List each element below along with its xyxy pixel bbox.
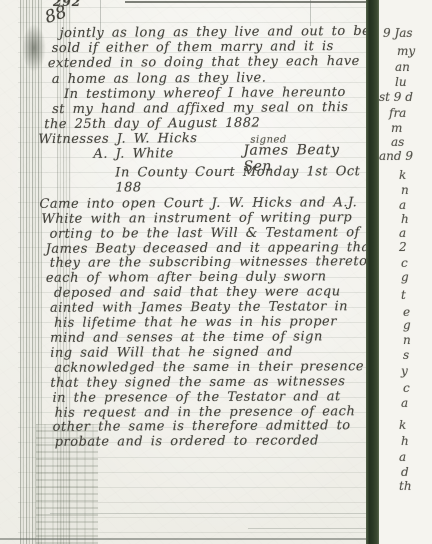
text-fragment: and 9 [379, 149, 413, 163]
witness-row-2: A. J. White James Beaty Sen [38, 145, 368, 162]
margin-rule [310, 0, 311, 26]
book-binding-bar [366, 0, 379, 544]
text-fragment: n [403, 333, 411, 347]
text-fragment: t [401, 288, 406, 302]
text-fragment: d [401, 465, 409, 479]
court-heading: In County Court Monday 1st Oct 188 [115, 165, 367, 196]
page-top-rule [125, 1, 369, 3]
text-fragment: my [397, 44, 415, 58]
text-fragment: 2 [399, 240, 407, 254]
manuscript-line: probate and is ordered to recorded [55, 434, 369, 451]
will-lines: jointly as long as they live and out to … [38, 24, 369, 133]
manuscript-line: st my hand and affixed my seal on this [52, 100, 368, 117]
text-fragment: lu [395, 75, 407, 89]
text-fragment: st 9 d [379, 90, 413, 104]
text-fragment: a [399, 226, 406, 240]
text-fragment: n [401, 183, 409, 197]
court-lines: Came into open Court J. W. Hicks and A.J… [37, 196, 368, 451]
text-fragment: h [401, 434, 409, 448]
text-fragment: a [399, 450, 406, 464]
text-fragment: th [399, 479, 412, 493]
witness-name: A. J. White [93, 147, 174, 163]
text-fragment: g [403, 318, 411, 332]
text-fragment: 9 Jas [383, 26, 413, 40]
text-fragment: as [391, 135, 404, 149]
text-fragment: fra [389, 106, 406, 120]
facing-page-text-fragments: 9 Jasmyanlust 9 dframasand 9knaha2cgtegn… [379, 0, 432, 544]
text-fragment: c [401, 256, 408, 270]
text-fragment: k [399, 418, 406, 432]
text-fragment: k [399, 168, 406, 182]
text-fragment: m [391, 121, 402, 135]
manuscript-line: extended in so doing that they each have [48, 54, 368, 71]
text-fragment: g [401, 270, 409, 284]
will-text-block: jointly as long as they live and out to … [38, 24, 369, 163]
scanned-document-page: { "page": { "number": "292", "margin_not… [0, 0, 432, 544]
text-fragment: s [403, 348, 409, 362]
text-fragment: y [401, 364, 408, 378]
text-fragment: c [403, 381, 410, 395]
text-fragment: a [401, 396, 408, 410]
text-fragment: h [401, 212, 409, 226]
text-fragment: e [403, 305, 410, 319]
faint-rule [50, 513, 367, 514]
witness-names: Witnesses J. W. Hicks [38, 131, 197, 147]
text-fragment: an [395, 60, 410, 74]
faint-rule [248, 528, 367, 529]
court-record-block: In County Court Monday 1st Oct 188 Came … [37, 165, 368, 451]
text-fragment: a [399, 198, 406, 212]
